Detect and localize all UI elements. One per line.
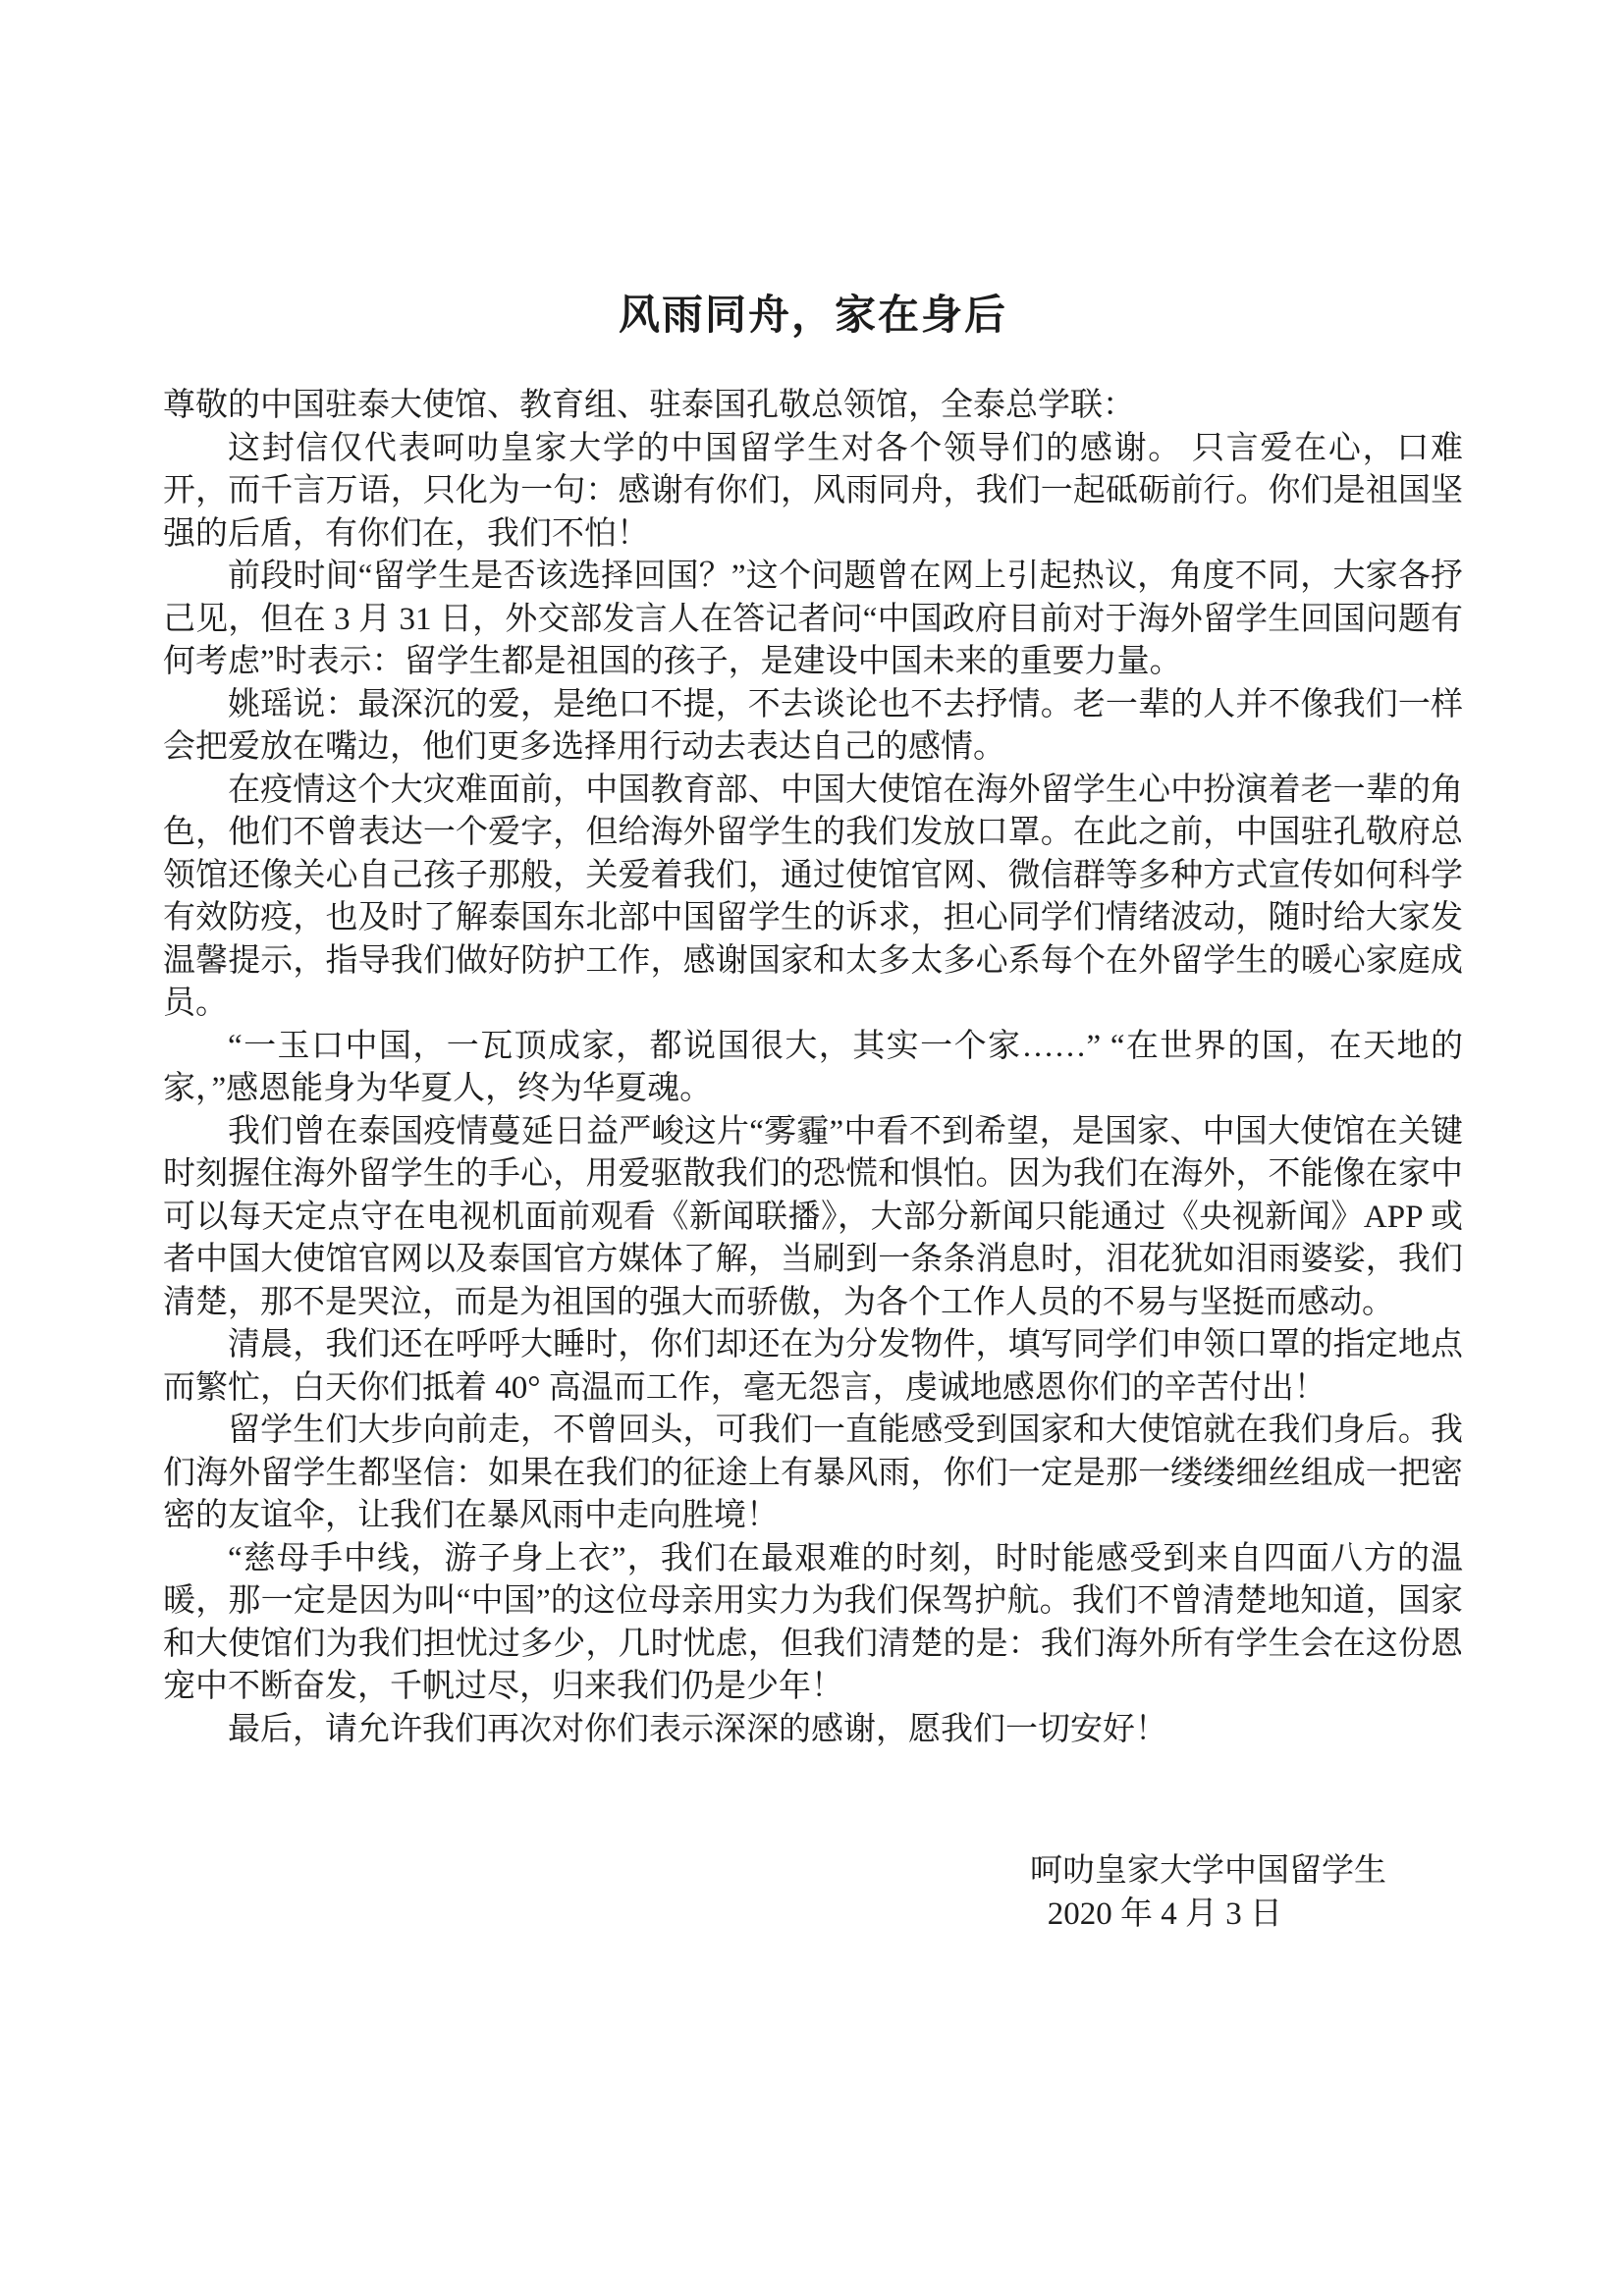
letter-paragraph: 这封信仅代表呵叻皇家大学的中国留学生对各个领导们的感谢。 只言爱在心，口难开，而… [163, 428, 1463, 557]
signature-block: 呵叻皇家大学中国留学生 2020 年 4 月 3 日 [163, 1849, 1463, 1936]
letter-title: 风雨同舟，家在身后 [163, 283, 1463, 342]
letter-paragraph: 我们曾在泰国疫情蔓延日益严峻这片“雾霾”中看不到希望，是国家、中国大使馆在关键时… [163, 1111, 1463, 1325]
letter-salutation: 尊敬的中国驻泰大使馆、教育组、驻泰国孔敬总领馆，全泰总学联： [163, 385, 1463, 428]
letter-paragraph: “一玉口中国，一瓦顶成家，都说国很大，其实一个家……” “在世界的国，在天地的家… [163, 1026, 1463, 1111]
letter-paragraph: “慈母手中线，游子身上衣”，我们在最艰难的时刻，时时能感受到来自四面八方的温暖，… [163, 1538, 1463, 1709]
letter-body: 这封信仅代表呵叻皇家大学的中国留学生对各个领导们的感谢。 只言爱在心，口难开，而… [163, 428, 1463, 1752]
letter-paragraph: 姚瑶说：最深沉的爱，是绝口不提，不去谈论也不去抒情。老一辈的人并不像我们一样会把… [163, 684, 1463, 770]
date-line: 2020 年 4 月 3 日 [163, 1893, 1463, 1936]
letter-content: 风雨同舟，家在身后 尊敬的中国驻泰大使馆、教育组、驻泰国孔敬总领馆，全泰总学联：… [163, 283, 1463, 1936]
letter-paragraph: 留学生们大步向前走，不曾回头，可我们一直能感受到国家和大使馆就在我们身后。我们海… [163, 1410, 1463, 1538]
letter-paragraph: 在疫情这个大灾难面前，中国教育部、中国大使馆在海外留学生心中扮演着老一辈的角色，… [163, 770, 1463, 1026]
signature-line: 呵叻皇家大学中国留学生 [163, 1849, 1463, 1893]
letter-page: 风雨同舟，家在身后 尊敬的中国驻泰大使馆、教育组、驻泰国孔敬总领馆，全泰总学联：… [0, 0, 1624, 2296]
letter-paragraph: 最后，请允许我们再次对你们表示深深的感谢，愿我们一切安好！ [163, 1709, 1463, 1752]
letter-paragraph: 清晨，我们还在呼呼大睡时，你们却还在为分发物件，填写同学们申领口罩的指定地点而繁… [163, 1324, 1463, 1410]
letter-paragraph: 前段时间“留学生是否该选择回国？”这个问题曾在网上引起热议，角度不同，大家各抒己… [163, 556, 1463, 684]
